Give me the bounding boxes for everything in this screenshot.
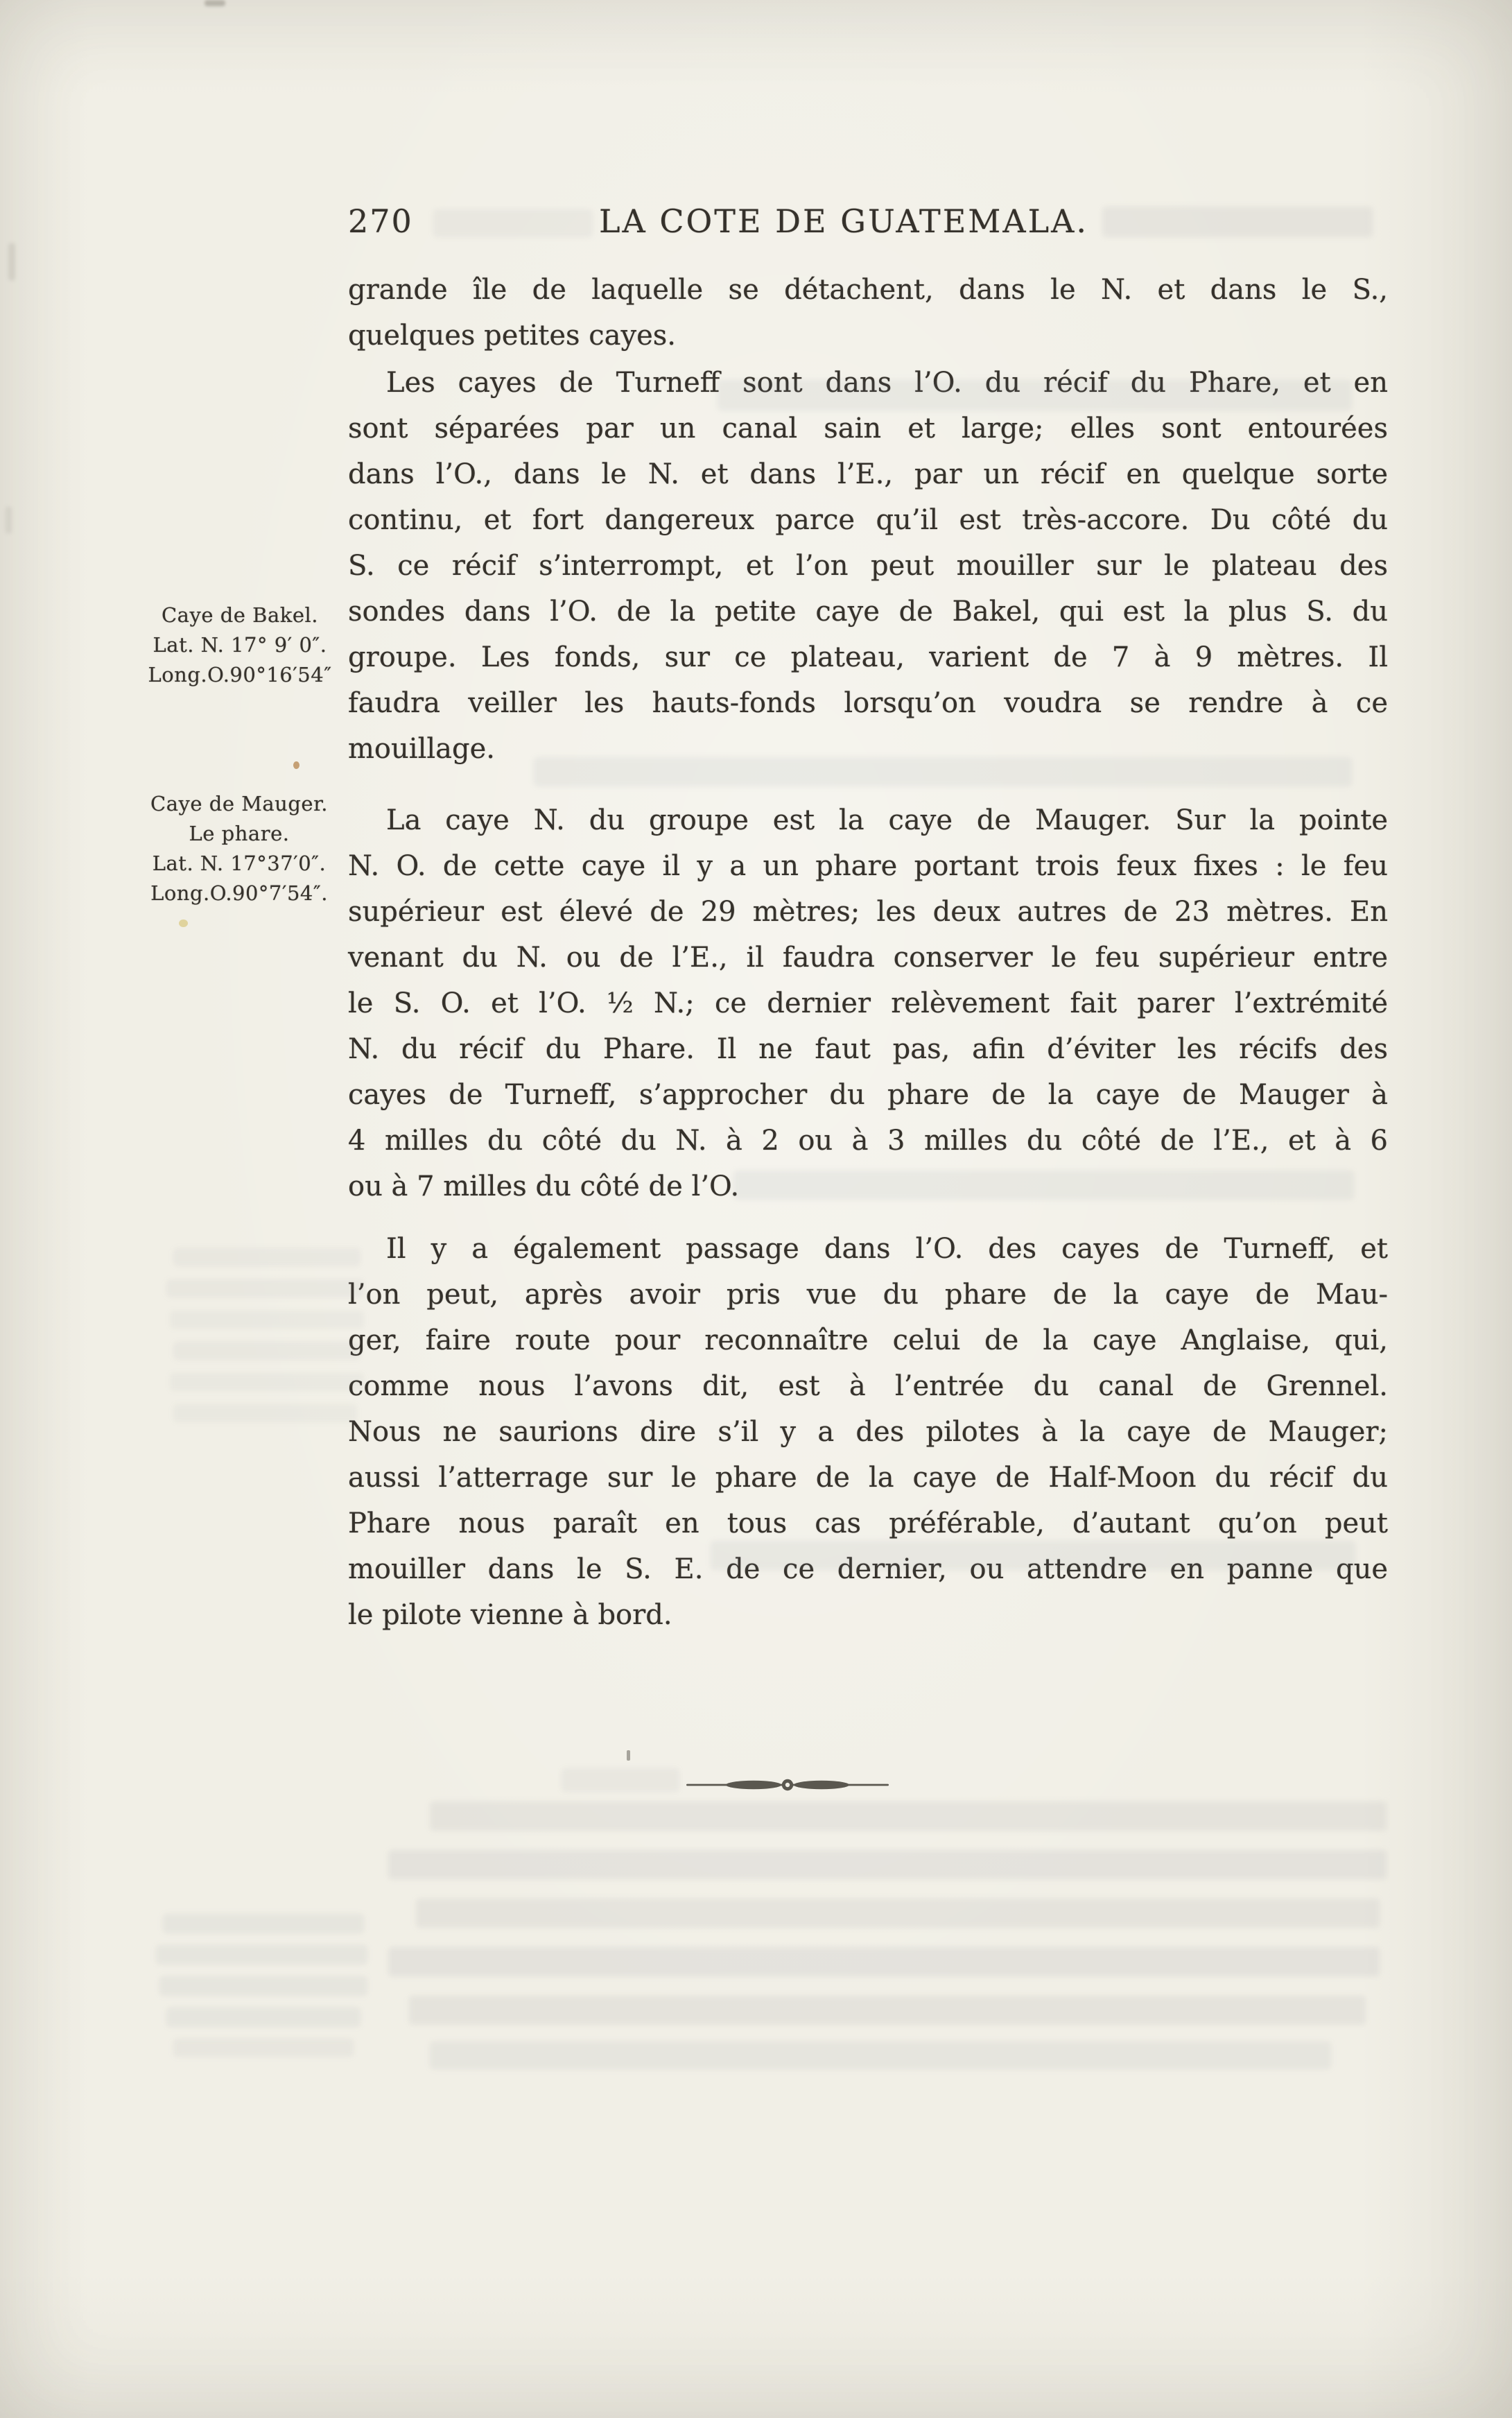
text-line: Nous ne saurions dire s’il y a des pilot… (348, 1409, 1388, 1455)
bleedthrough-ghost (170, 1373, 364, 1391)
bleedthrough-ghost (562, 1768, 679, 1792)
margin-note-line: Caye de Mauger. (123, 789, 355, 819)
text-line: venant du N. ou de l’E., il faudra conse… (348, 935, 1388, 981)
text-line: S. ce récif s’interrompt, et l’on peut m… (348, 543, 1388, 589)
bleedthrough-ghost (388, 1947, 1380, 1976)
margin-note-caye-de-bakel: Caye de Bakel. Lat. N. 17° 9′ 0″. Long.O… (127, 601, 353, 690)
text-line: dans l’O., dans le N. et dans l’E., par … (348, 451, 1388, 497)
paragraph: La caye N. du groupe est la caye de Maug… (348, 797, 1388, 1209)
text-line: mouillage. (348, 726, 1388, 772)
text-line: continu, et fort dangereux parce qu’il e… (348, 497, 1388, 543)
text-line: grande île de laquelle se détachent, dan… (348, 267, 1388, 313)
text-line: comme nous l’avons dit, est à l’entrée d… (348, 1363, 1388, 1409)
running-title: LA COTE DE GUATEMALA. (348, 202, 1388, 240)
bleedthrough-ghost (409, 1996, 1366, 2025)
text-line: l’on peut, après avoir pris vue du phare… (348, 1272, 1388, 1318)
bleedthrough-ghost (170, 1311, 364, 1329)
text-line: le S. O. et l’O. ½ N.; ce dernier relève… (348, 981, 1388, 1026)
text-line: supérieur est élevé de 29 mètres; les de… (348, 889, 1388, 935)
paragraph: Les cayes de Turneff sont dans l’O. du r… (348, 360, 1388, 772)
text-line: Phare nous paraît en tous cas préférable… (348, 1501, 1388, 1546)
text-line: le pilote vienne à bord. (348, 1592, 1388, 1638)
bleedthrough-ghost (166, 1279, 364, 1297)
book-page-scan: 270 LA COTE DE GUATEMALA. grande île de … (0, 0, 1512, 2418)
bleedthrough-ghost (156, 1945, 367, 1964)
bleedthrough-ghost (173, 2039, 354, 2057)
ink-speck (179, 919, 188, 927)
margin-note-line: Lat. N. 17°37′0″. (123, 849, 355, 879)
scan-smudge (205, 0, 225, 6)
paragraph: grande île de laquelle se détachent, dan… (348, 267, 1388, 359)
text-line: N. du récif du Phare. Il ne faut pas, af… (348, 1026, 1388, 1072)
text-line: ou à 7 milles du côté de l’O. (348, 1164, 1388, 1209)
bleedthrough-ghost (388, 1850, 1387, 1879)
text-line: Les cayes de Turneff sont dans l’O. du r… (348, 360, 1388, 406)
text-line: sondes dans l’O. de la petite caye de Ba… (348, 589, 1388, 634)
text-line: ger, faire route pour reconnaître celui … (348, 1318, 1388, 1363)
scan-smudge (8, 243, 15, 281)
text-line: N. O. de cette caye il y a un phare port… (348, 843, 1388, 889)
paragraph: Il y a également passage dans l’O. des c… (348, 1226, 1388, 1638)
margin-note-line: Caye de Bakel. (127, 601, 353, 630)
ink-speck (627, 1750, 630, 1761)
text-line: cayes de Turneff, s’approcher du phare d… (348, 1072, 1388, 1118)
divider-ornament (686, 1772, 889, 1797)
bleedthrough-ghost (430, 2041, 1331, 2069)
text-line: faudra veiller les hauts-fonds lorsqu’on… (348, 680, 1388, 726)
text-line: Il y a également passage dans l’O. des c… (348, 1226, 1388, 1272)
margin-note-line: Long.O.90°7′54″. (123, 879, 355, 908)
text-line: mouiller dans le S. E. de ce dernier, ou… (348, 1546, 1388, 1592)
margin-note-caye-de-mauger: Caye de Mauger. Le phare. Lat. N. 17°37′… (123, 789, 355, 908)
text-line: quelques petites cayes. (348, 313, 1388, 359)
bleedthrough-ghost (173, 1404, 357, 1422)
margin-note-line: Lat. N. 17° 9′ 0″. (127, 630, 353, 660)
text-line: sont séparées par un canal sain et large… (348, 406, 1388, 451)
bleedthrough-ghost (163, 1914, 364, 1933)
text-line: 4 milles du côté du N. à 2 ou à 3 milles… (348, 1118, 1388, 1164)
bleedthrough-ghost (416, 1899, 1380, 1928)
bleedthrough-ghost (159, 1976, 367, 1996)
margin-note-line: Le phare. (123, 819, 355, 849)
margin-note-line: Long.O.90°16′54″ (127, 660, 353, 690)
bleedthrough-ghost (430, 1802, 1387, 1831)
text-line: La caye N. du groupe est la caye de Maug… (348, 797, 1388, 843)
scan-smudge (6, 506, 12, 534)
bleedthrough-ghost (166, 2007, 360, 2027)
bleedthrough-ghost (173, 1248, 360, 1266)
text-line: aussi l’atterrage sur le phare de la cay… (348, 1455, 1388, 1501)
ink-speck (293, 761, 299, 769)
bleedthrough-ghost (173, 1342, 360, 1360)
text-line: groupe. Les fonds, sur ce plateau, varie… (348, 634, 1388, 680)
